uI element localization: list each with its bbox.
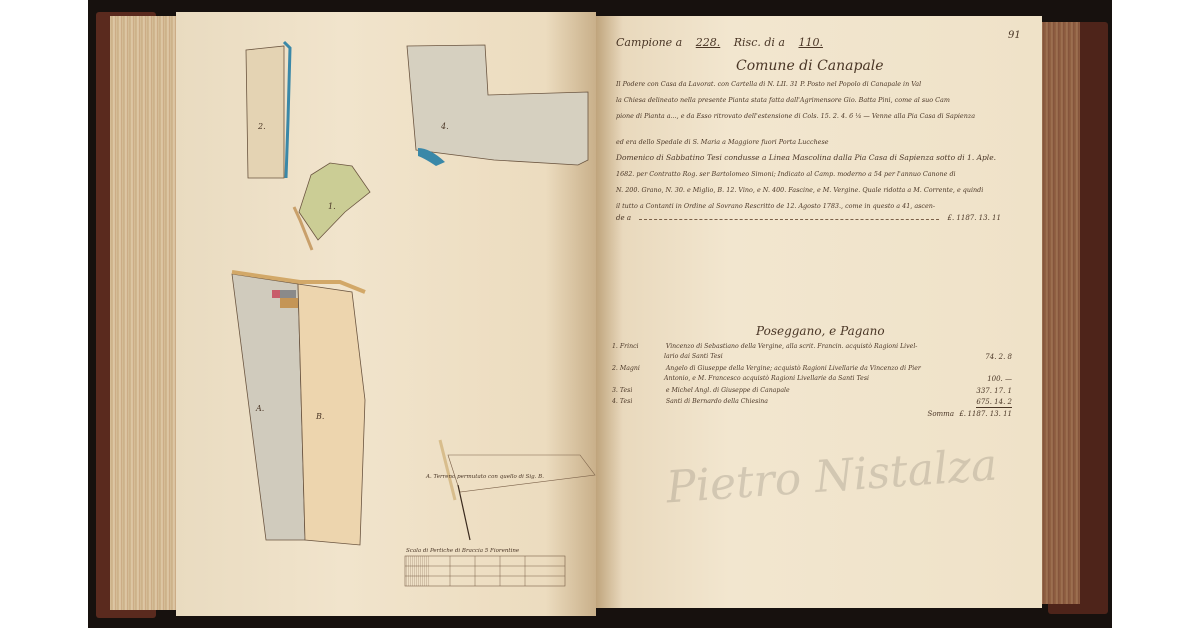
paragraph-lease: ed era dello Spedale di S. Maria a Maggi… bbox=[616, 134, 996, 214]
cadastral-maps bbox=[176, 12, 596, 616]
table-row: 4. Tesi Santi di Bernardo della Chiesina… bbox=[612, 397, 1012, 408]
owners-table: 1. Frinci Vincenzo di Sebastiano della V… bbox=[612, 342, 1012, 420]
table-row: 1. Frinci Vincenzo di Sebastiano della V… bbox=[612, 342, 1012, 364]
map-note: A. Terreno permutato con quello di Sig. … bbox=[426, 474, 544, 480]
right-page-register: Campione a 228. Risc. di a 110. 91 Comun… bbox=[596, 16, 1042, 608]
parcel-label: 4. bbox=[441, 122, 449, 131]
parcel-label: B. bbox=[316, 412, 324, 421]
parcel-B bbox=[298, 284, 365, 545]
lease-total-row: de a £. 1187. 13. 11 bbox=[616, 214, 1016, 222]
table-row: 3. Tesi e Michel Angl. di Giuseppe di Ca… bbox=[612, 386, 1012, 397]
sum-row: Somma £. 1187. 13. 11 bbox=[612, 408, 1012, 420]
page-number: 91 bbox=[1008, 30, 1021, 41]
parcel-label: 1. bbox=[328, 202, 336, 211]
parcel-A bbox=[232, 274, 305, 540]
page-edges-right bbox=[1040, 22, 1080, 604]
parcel-2 bbox=[246, 46, 284, 178]
section-title: Poseggano, e Pagano bbox=[756, 324, 885, 338]
parcel-label: 2. bbox=[258, 122, 266, 131]
left-page-maps: 2. 1. 4. A. B. A. Terreno permutato con … bbox=[176, 12, 596, 616]
house-icon bbox=[272, 290, 280, 298]
river-icon bbox=[284, 42, 290, 178]
header-campione: Campione a 228. Risc. di a 110. bbox=[616, 36, 847, 49]
scale-bar-title: Scala di Pertiche di Braccia 5 Fiorentin… bbox=[406, 548, 519, 554]
pencil-signature: Pietro Nistalza bbox=[665, 440, 999, 514]
parcel-label: A. bbox=[256, 404, 264, 413]
table-row: 2. Magni Angelo di Giuseppe della Vergin… bbox=[612, 364, 1012, 386]
house-icon bbox=[280, 290, 296, 298]
north-arrow-icon bbox=[458, 485, 470, 540]
paragraph-property: Il Podere con Casa da Lavorat. con Carte… bbox=[616, 76, 975, 124]
parcel-4 bbox=[407, 45, 588, 165]
document-title: Comune di Canapale bbox=[736, 58, 884, 74]
page-edges-left bbox=[110, 16, 180, 610]
